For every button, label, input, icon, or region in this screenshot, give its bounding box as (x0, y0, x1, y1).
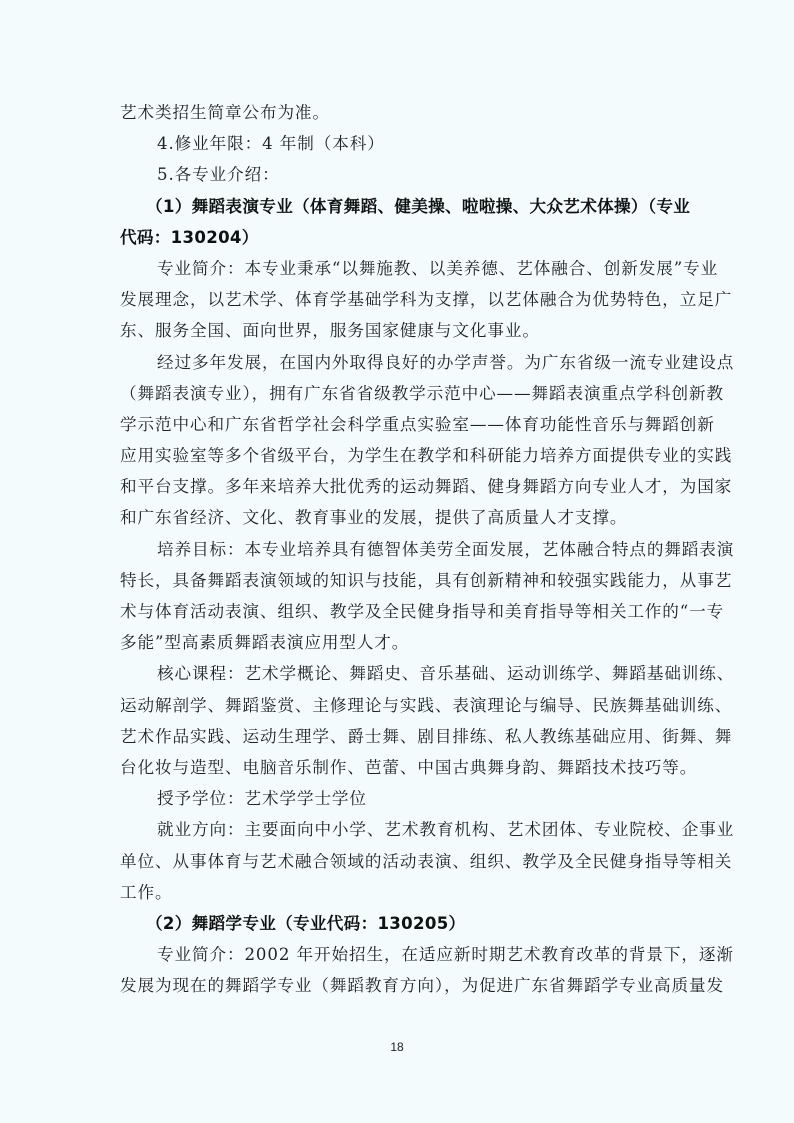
text-line: 经过多年发展，在国内外取得良好的办学声誉。为广东省级一流专业建设点 (120, 347, 675, 378)
text-line: 授予学位：艺术学学士学位 (120, 783, 675, 814)
text-line: 专业简介：本专业秉承“以舞施教、以美养德、艺体融合、创新发展”专业 (120, 253, 675, 284)
text-line: 发展为现在的舞蹈学专业（舞蹈教育方向），为促进广东省舞蹈学专业高质量发 (120, 970, 675, 1001)
text-line: 和广东省经济、文化、教育事业的发展，提供了高质量人才支撑。 (120, 502, 675, 533)
section-heading-dance-studies: （2）舞蹈学专业（专业代码：130205） (120, 908, 675, 939)
text-line: 术与体育活动表演、组织、教学及全民健身指导和美育指导等相关工作的“一专 (120, 596, 675, 627)
text-line: 5.各专业介绍： (120, 159, 675, 190)
text-line: 特长，具备舞蹈表演领域的知识与技能，具有创新精神和较强实践能力，从事艺 (120, 565, 675, 596)
text-line: 台化妆与造型、电脑音乐制作、芭蕾、中国古典舞身韵、舞蹈技术技巧等。 (120, 752, 675, 783)
text-line: 应用实验室等多个省级平台，为学生在教学和科研能力培养方面提供专业的实践 (120, 440, 675, 471)
text-line: 工作。 (120, 877, 675, 908)
text-line: 多能”型高素质舞蹈表演应用型人才。 (120, 627, 675, 658)
document-body: 艺术类招生简章公布为准。 4.修业年限：4 年制（本科） 5.各专业介绍： （1… (120, 97, 675, 1001)
section-heading-dance-performance: （1）舞蹈表演专业（体育舞蹈、健美操、啦啦操、大众艺术体操）（专业 (120, 191, 675, 222)
text-line: 单位、从事体育与艺术融合领域的活动表演、组织、教学及全民健身指导等相关 (120, 846, 675, 877)
text-line: 学示范中心和广东省哲学社会科学重点实验室——体育功能性音乐与舞蹈创新 (120, 409, 675, 440)
text-line: 就业方向：主要面向中小学、艺术教育机构、艺术团体、专业院校、企事业 (120, 814, 675, 845)
text-line: 培养目标：本专业培养具有德智体美劳全面发展，艺体融合特点的舞蹈表演 (120, 534, 675, 565)
text-line: 发展理念，以艺术学、体育学基础学科为支撑，以艺体融合为优势特色，立足广 (120, 284, 675, 315)
text-line: 核心课程：艺术学概论、舞蹈史、音乐基础、运动训练学、舞蹈基础训练、 (120, 658, 675, 689)
text-line: 4.修业年限：4 年制（本科） (120, 128, 675, 159)
page-number: 18 (0, 1040, 794, 1054)
text-line: 东、服务全国、面向世界，服务国家健康与文化事业。 (120, 315, 675, 346)
text-line: 专业简介：2002 年开始招生，在适应新时期艺术教育改革的背景下，逐渐 (120, 939, 675, 970)
text-line: 运动解剖学、舞蹈鉴赏、主修理论与实践、表演理论与编导、民族舞基础训练、 (120, 690, 675, 721)
section-heading-continuation: 代码：130204） (120, 222, 675, 253)
text-line: （舞蹈表演专业），拥有广东省省级教学示范中心——舞蹈表演重点学科创新教 (120, 378, 675, 409)
text-line: 艺术作品实践、运动生理学、爵士舞、剧目排练、私人教练基础应用、街舞、舞 (120, 721, 675, 752)
text-line: 艺术类招生简章公布为准。 (120, 97, 675, 128)
text-line: 和平台支撑。多年来培养大批优秀的运动舞蹈、健身舞蹈方向专业人才，为国家 (120, 471, 675, 502)
